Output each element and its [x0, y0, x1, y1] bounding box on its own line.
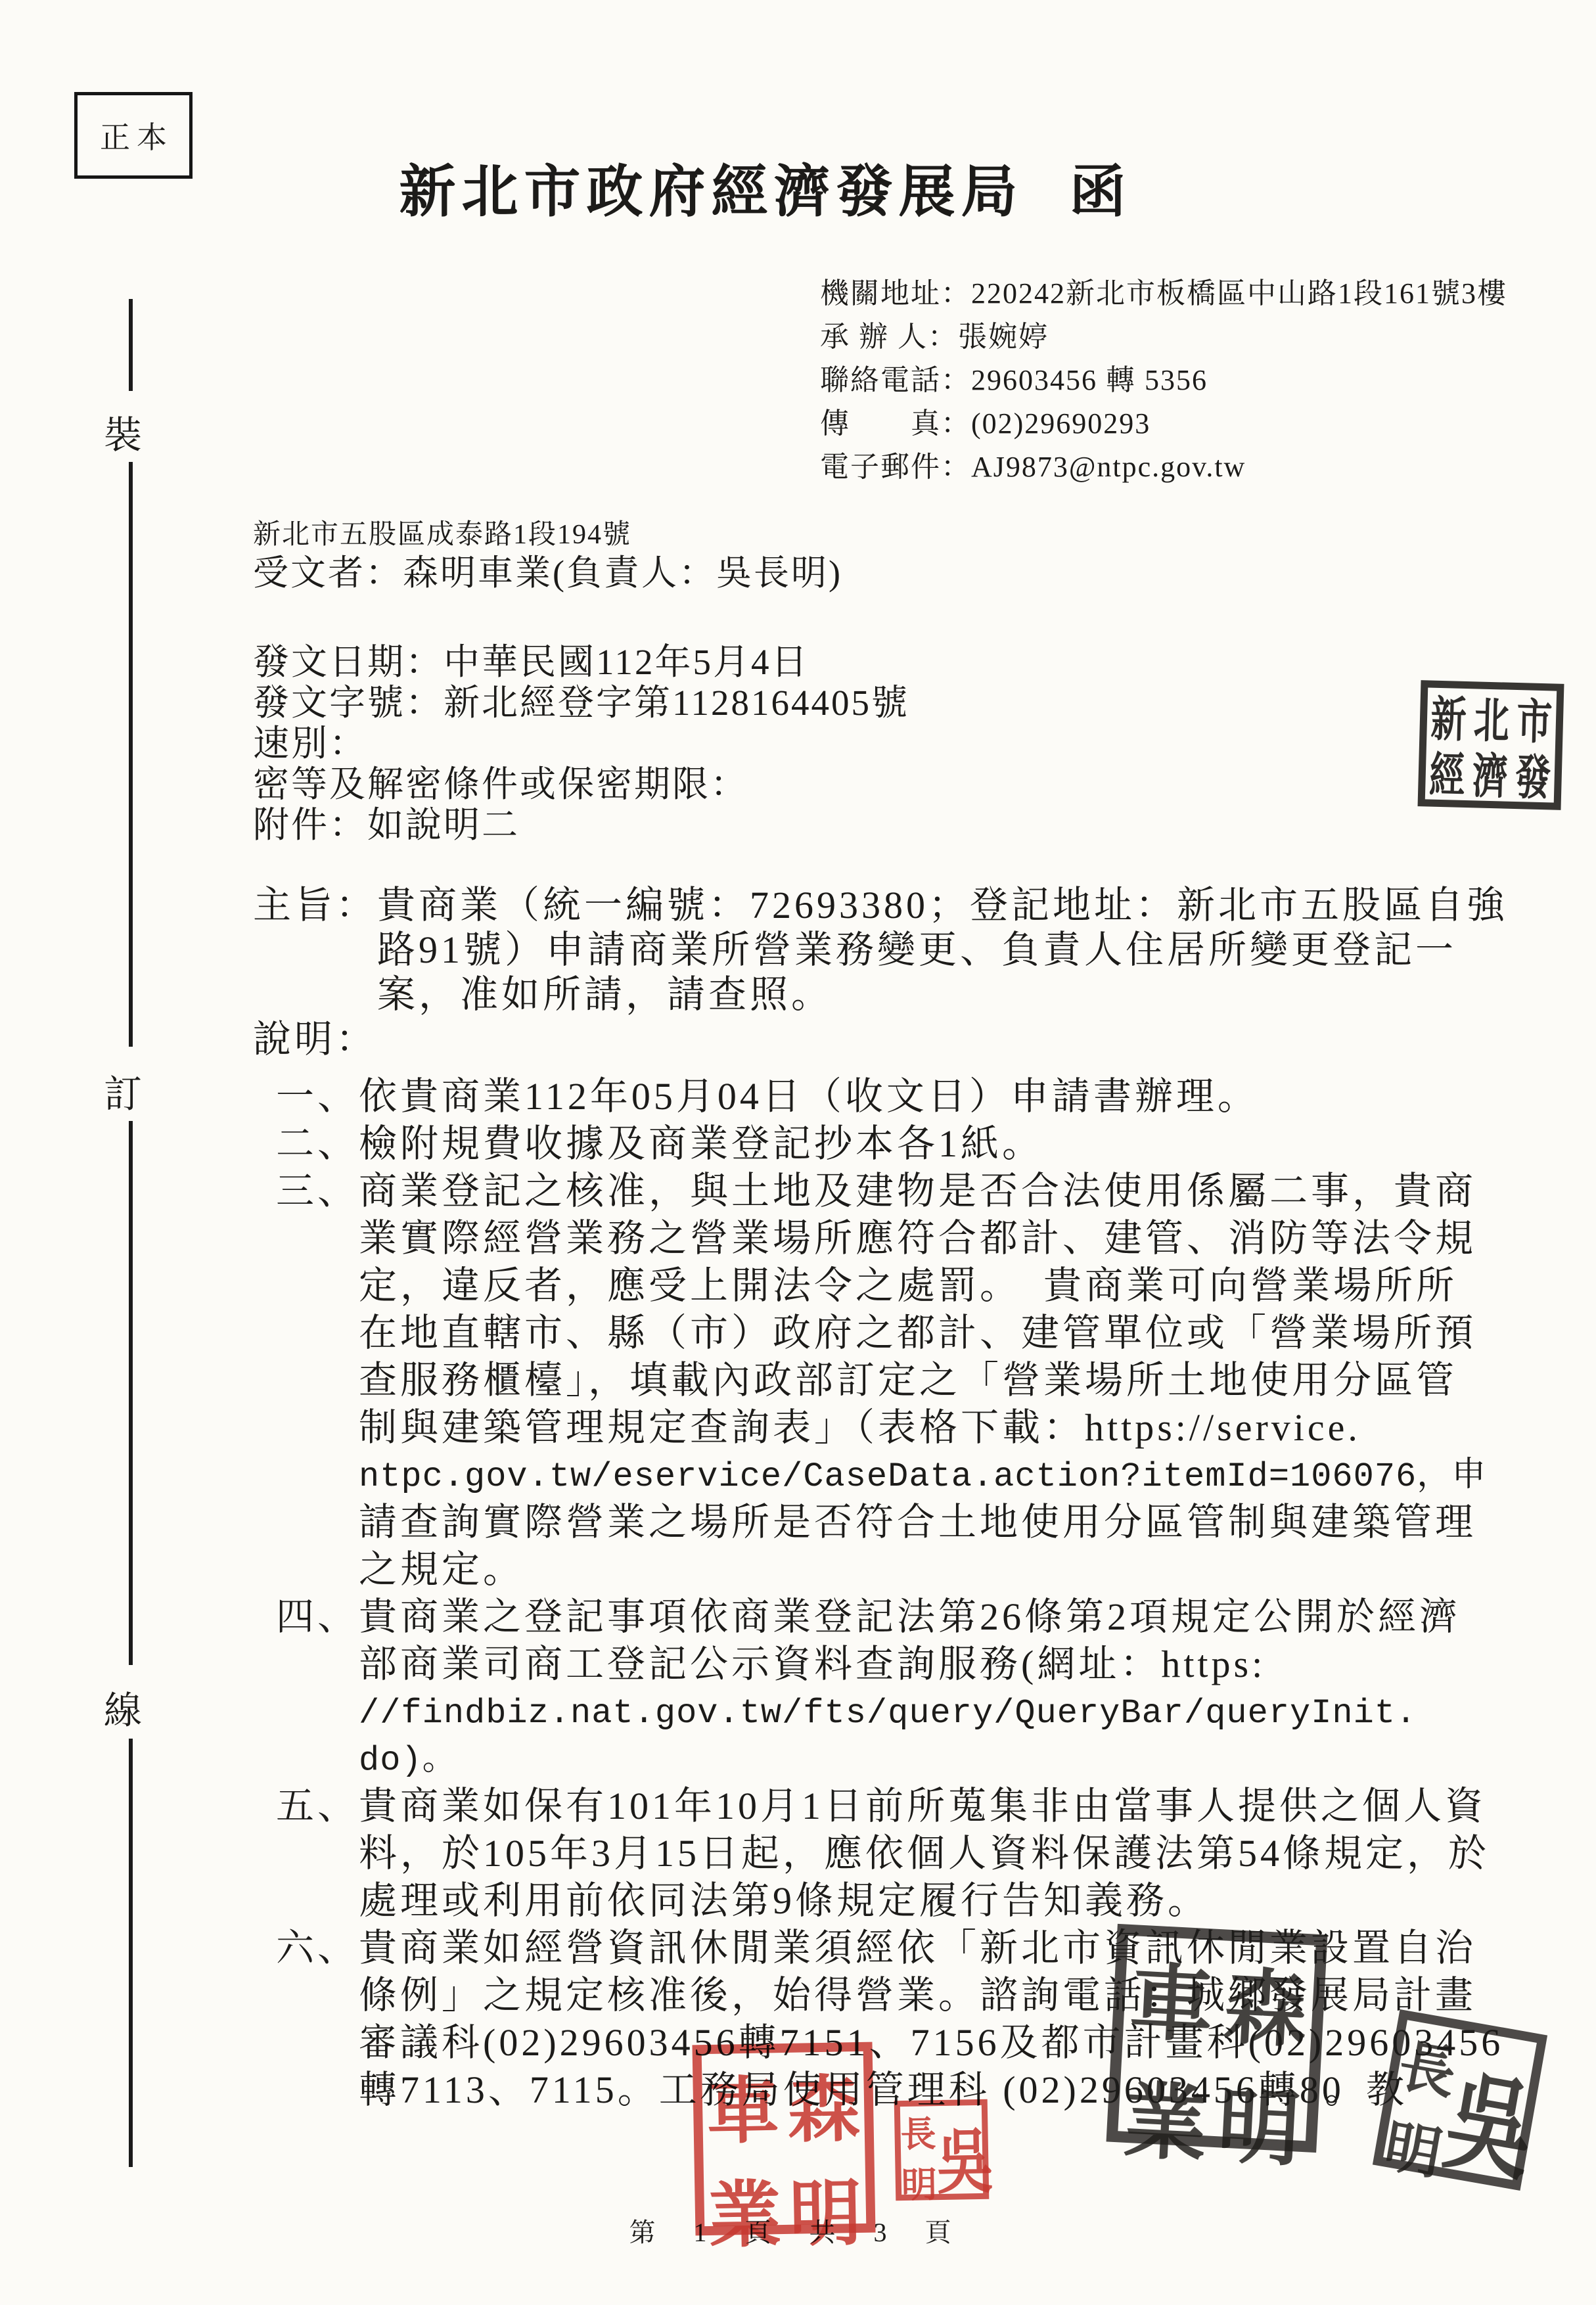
seal-char: 明	[788, 2155, 863, 2260]
item-number: 二、	[276, 1125, 359, 1163]
agency-contact-line: 聯絡電話：29603456 轉 5356	[820, 366, 1208, 395]
seal-char: 森	[787, 2051, 861, 2157]
item-line: 定，違反者，應受上開法令之處罰。 貴商業可向營業場所所	[359, 1267, 1457, 1305]
item-line: 在地直轄市、縣（市）政府之都計、建管單位或「營業場所預	[359, 1314, 1476, 1352]
item-line: 制與建築管理規定查詢表」（表格下載：https://service.	[359, 1409, 1361, 1447]
item-number: 三、	[276, 1172, 359, 1210]
seal-left-column: 長 明	[900, 2106, 938, 2208]
item-line: 貴商業如經營資訊休閒業須經依「新北市資訊休閒業設置自治	[359, 1929, 1476, 1967]
item-line: 貴商業如保有101年10月1日前所蒐集非由當事人提供之個人資	[359, 1787, 1486, 1825]
meta-line-number: 發文字號：新北經登字第1128164405號	[253, 685, 909, 721]
seal-char: 濟	[1472, 739, 1509, 808]
item-line-url: //findbiz.nat.gov.tw/fts/query/QueryBar/…	[359, 1697, 1417, 1731]
meta-line-date: 發文日期：中華民國112年5月4日	[253, 644, 809, 680]
binding-line-segment	[129, 1739, 133, 2167]
margin-label-binding: 裝	[104, 404, 142, 459]
company-stamp-red: 車 森 業 明	[692, 2042, 875, 2236]
item-line: 依貴商業112年05月04日（收文日）申請書辦理。	[359, 1078, 1259, 1116]
item-line: 審議科(02)29603456轉7151、7156及都市計畫科(02)29603…	[359, 2024, 1503, 2062]
seal-char: 發	[1515, 740, 1552, 809]
item-number: 四、	[276, 1598, 359, 1636]
document-title: 新北市政府經濟發展局函	[0, 146, 1531, 227]
item-line: 貴商業之登記事項依商業登記法第26條第2項規定公開於經濟	[359, 1598, 1461, 1636]
margin-label-thread: 線	[104, 1679, 142, 1735]
binding-line-segment	[129, 299, 133, 391]
item-line: 之規定。	[359, 1551, 524, 1589]
agency-contact-line: 電子郵件：AJ9873@ntpc.gov.tw	[820, 453, 1246, 482]
item-line-url: do)。	[359, 1744, 457, 1778]
item-line: 查服務櫃檯」，填載內政部訂定之「營業場所土地使用分區管	[359, 1361, 1457, 1400]
agency-contact-line: 機關地址：220242新北市板橋區中山路1段161號3樓	[820, 279, 1507, 308]
item-line: 檢附規費收據及商業登記抄本各1紙。	[359, 1125, 1043, 1163]
agency-contact-line: 承 辦 人：張婉婷	[820, 323, 1049, 352]
item-number: 六、	[276, 1929, 359, 1967]
scanned-letter-page: 正本 新北市政府經濟發展局函 機關地址：220242新北市板橋區中山路1段161…	[0, 0, 1596, 2305]
seal-char: 經	[1428, 737, 1466, 806]
subject-line: 路91號）申請商業所營業務變更、負責人住居所變更登記一	[377, 931, 1457, 969]
seal-char: 業	[708, 2157, 782, 2262]
item-line: 處理或利用前依同法第9條規定履行告知義務。	[359, 1882, 1209, 1920]
item-number: 五、	[276, 1787, 359, 1825]
seal-char: 車	[706, 2053, 780, 2158]
owner-seal-red: 長 明 吳	[894, 2099, 990, 2201]
seal-char: 長	[900, 2106, 936, 2157]
binding-line-segment	[129, 462, 133, 1047]
agency-name: 新北市政府經濟發展局	[399, 160, 1024, 223]
subject-line: 案，准如所請，請查照。	[377, 976, 832, 1014]
item-line-url: ntpc.gov.tw/eservice/CaseData.action?ite…	[359, 1460, 1486, 1494]
item-line: 商業登記之核准，與土地及建物是否合法使用係屬二事，貴商	[359, 1172, 1476, 1210]
doc-type-label: 函	[1070, 160, 1132, 223]
item-line-fragment: 。教	[1325, 2071, 1407, 2109]
meta-line-speed: 速別：	[253, 725, 367, 762]
subject-label: 主旨：	[253, 886, 377, 924]
item-line: 部商業司商工登記公示資料查詢服務(網址：https:	[359, 1645, 1265, 1683]
seal-char: 吳	[936, 2105, 994, 2207]
agency-contact-line: 傳 真：(02)29690293	[820, 409, 1151, 438]
agency-seal-stamp: 新 北 市 經 濟 發	[1418, 680, 1564, 810]
explanation-label: 說明：	[253, 1020, 377, 1059]
item-line: 業實際經營業務之營業場所應符合都計、建管、消防等法令規	[359, 1220, 1476, 1258]
margin-label-staple: 訂	[104, 1063, 142, 1118]
seal-char: 明	[901, 2157, 937, 2208]
item-line: 請查詢實際營業之場所是否符合土地使用分區管制與建築管理	[359, 1503, 1476, 1541]
recipient-address: 新北市五股區成泰路1段194號	[253, 521, 631, 549]
meta-line-attachment: 附件：如說明二	[253, 807, 520, 843]
item-number: 一、	[276, 1078, 359, 1116]
binding-line-segment	[129, 1121, 133, 1665]
recipient-line: 受文者：森明車業(負責人：吳長明)	[253, 555, 842, 591]
item-line: 條例」之規定核准後，始得營業。諮詢電話：城鄉發展局計畫	[359, 1976, 1476, 2015]
item-line: 料，於105年3月15日起，應依個人資料保護法第54條規定，於	[359, 1835, 1490, 1873]
meta-line-secrecy: 密等及解密條件或保密期限：	[253, 766, 748, 802]
subject-line: 貴商業（統一編號：72693380；登記地址：新北市五股區自強	[377, 886, 1508, 924]
